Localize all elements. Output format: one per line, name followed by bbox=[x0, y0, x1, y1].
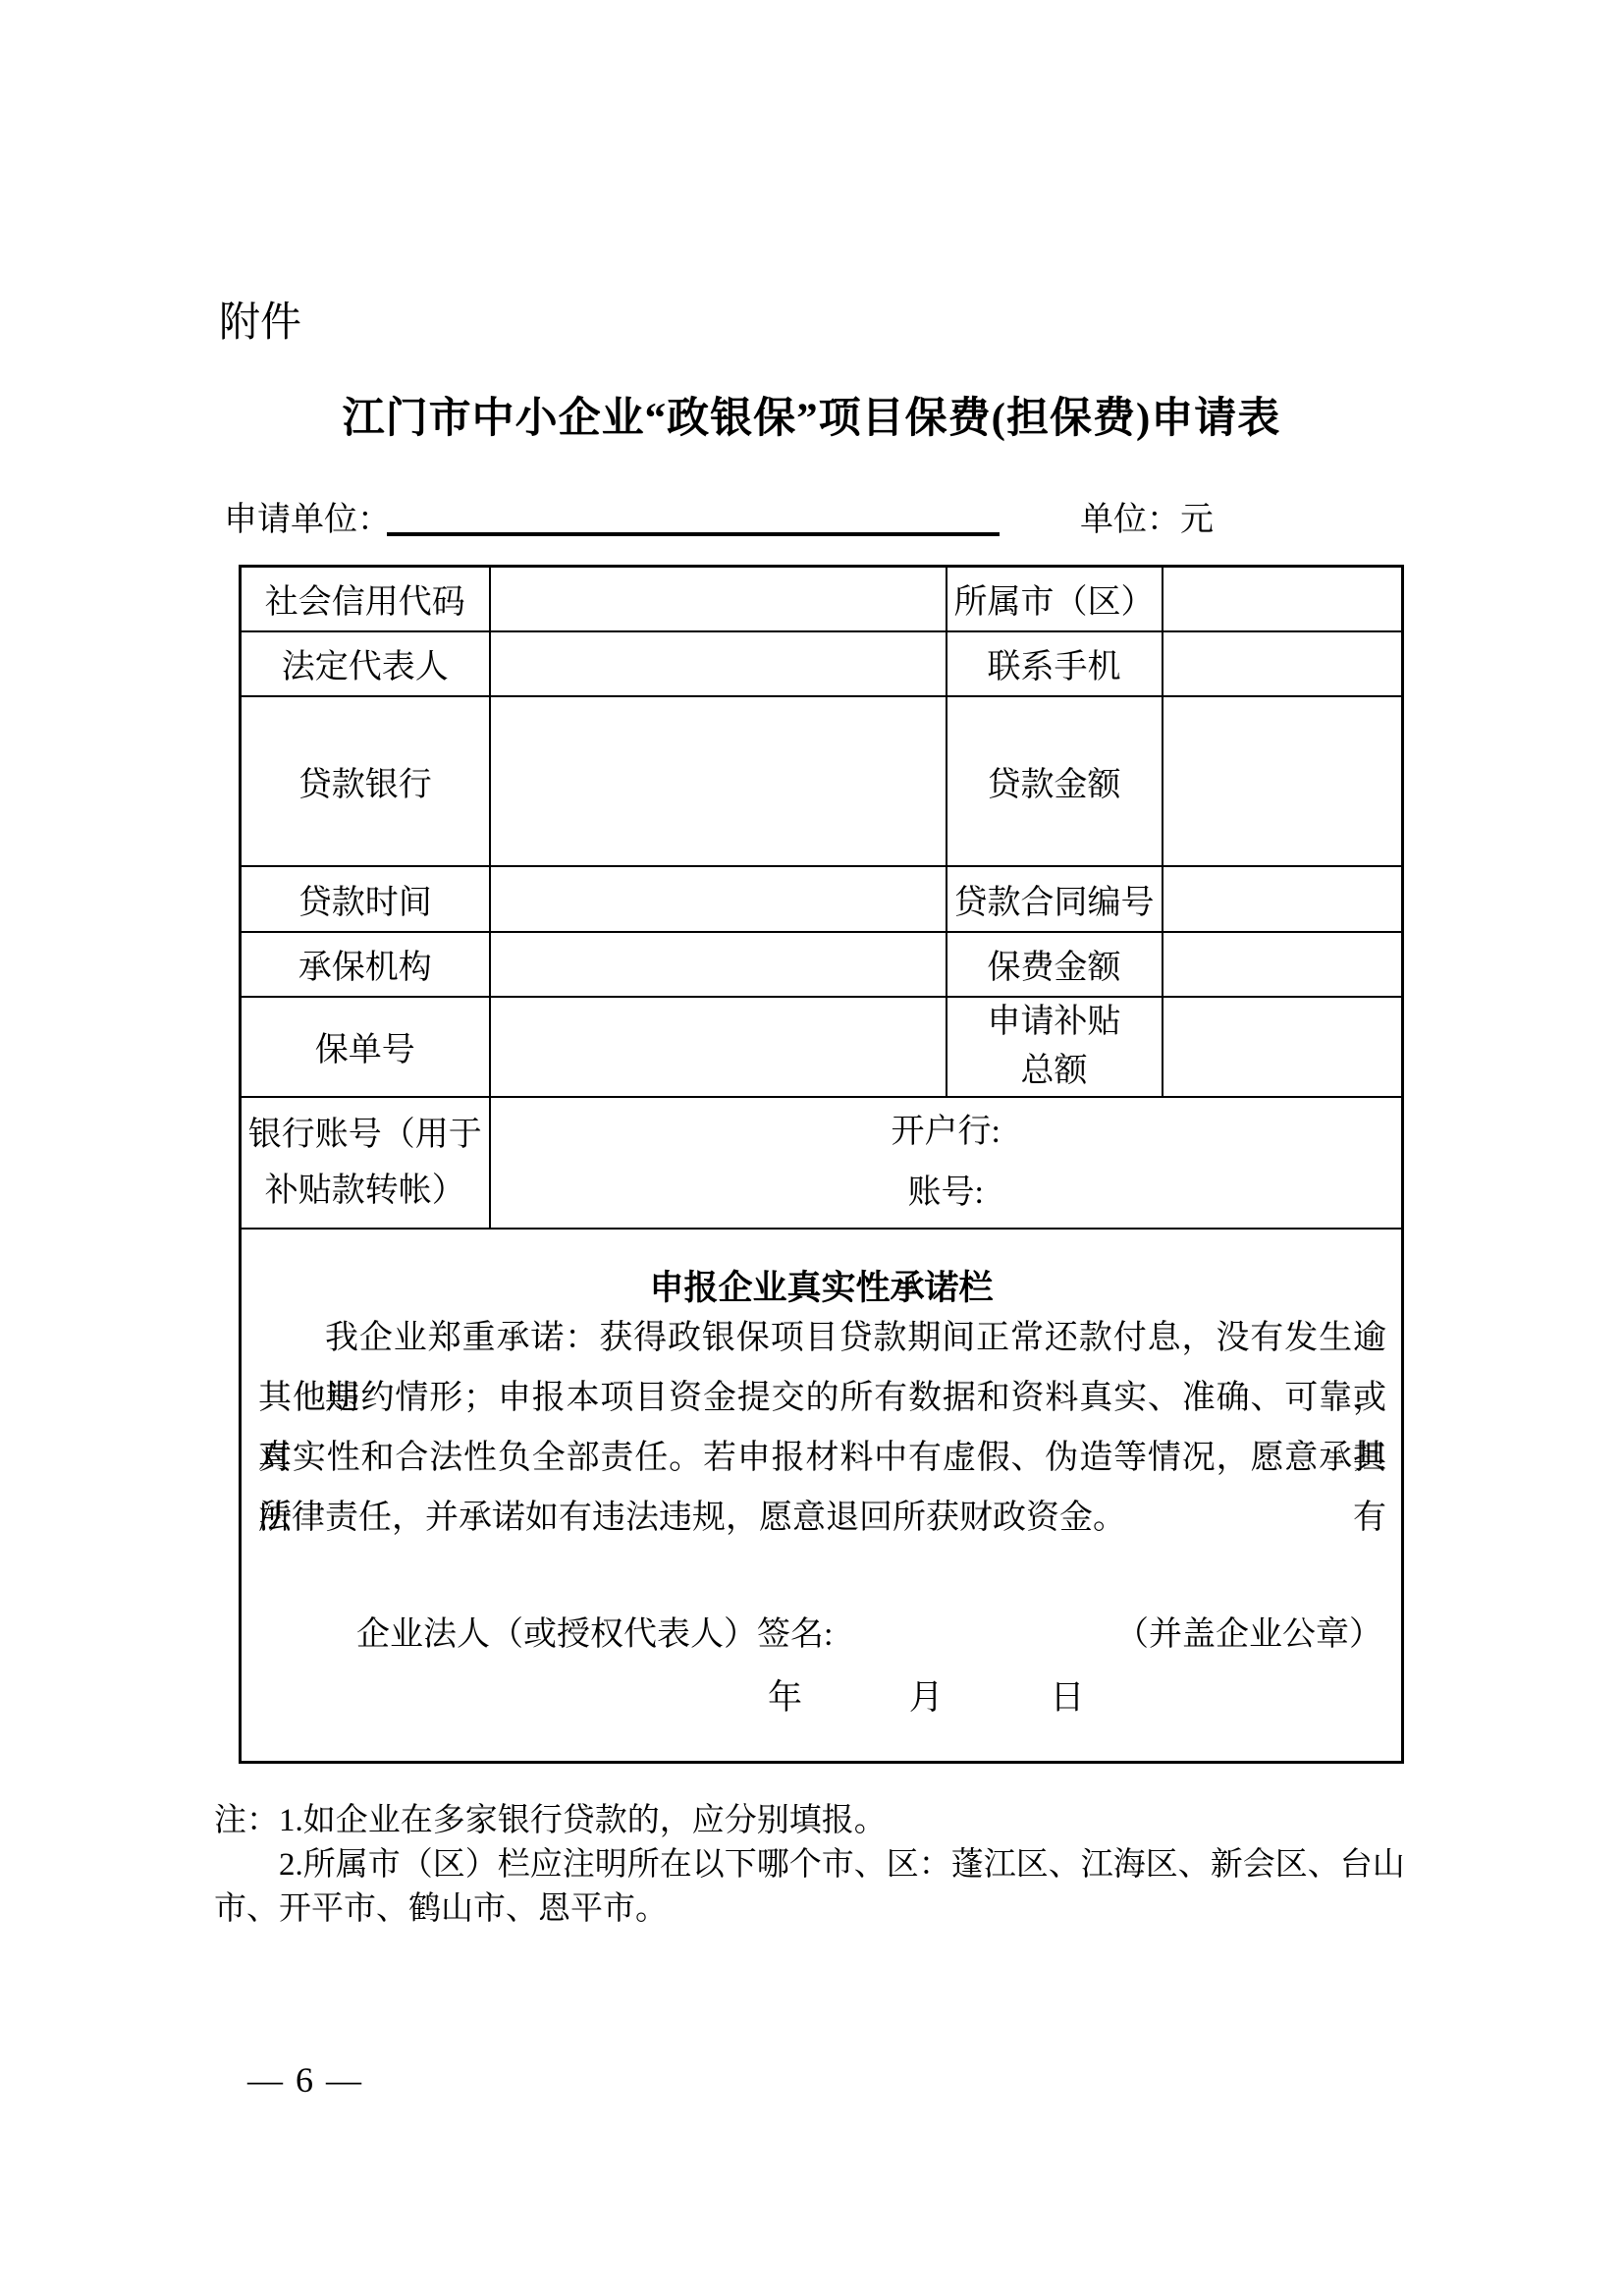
table-row-loan-time: 贷款时间 贷款合同编号 bbox=[241, 866, 1403, 932]
commitment-line-3: 真实性和合法性负全部责任。若申报材料中有虚假、伪造等情况，愿意承担所有 bbox=[258, 1428, 1386, 1488]
date-line: 年 月 日 bbox=[768, 1680, 1085, 1715]
table-row-insurer: 承保机构 保费金额 bbox=[241, 932, 1403, 997]
field-label-subsidy-total: 申请补贴 总额 bbox=[947, 997, 1163, 1097]
document-page: 附件 江门市中小企业“政银保”项目保费(担保费)申请表 申请单位： 单位：元 社… bbox=[0, 0, 1623, 2296]
field-value-insurer bbox=[490, 932, 947, 997]
table-row-commitment: 申报企业真实性承诺栏 我企业郑重承诺：获得政银保项目贷款期间正常还款付息，没有发… bbox=[241, 1229, 1403, 1763]
table-row-loan-bank: 贷款银行 贷款金额 bbox=[241, 696, 1403, 866]
field-label-legal-rep: 法定代表人 bbox=[241, 631, 490, 696]
field-value-policy-no bbox=[490, 997, 947, 1097]
field-value-premium-amount bbox=[1163, 932, 1403, 997]
field-label-loan-amount: 贷款金额 bbox=[947, 696, 1163, 866]
field-value-legal-rep bbox=[490, 631, 947, 696]
subsidy-total-line1: 申请补贴 bbox=[947, 998, 1162, 1047]
account-number-label: 账号: bbox=[491, 1163, 1402, 1224]
applicant-unit-label: 申请单位： bbox=[224, 492, 391, 540]
attachment-label: 附件 bbox=[219, 299, 301, 348]
document-title: 江门市中小企业“政银保”项目保费(担保费)申请表 bbox=[0, 385, 1623, 445]
field-label-mobile: 联系手机 bbox=[947, 631, 1163, 696]
commitment-block: 申报企业真实性承诺栏 我企业郑重承诺：获得政银保项目贷款期间正常还款付息，没有发… bbox=[242, 1230, 1401, 1761]
field-label-contract-no: 贷款合同编号 bbox=[947, 866, 1163, 932]
commitment-line-1: 我企业郑重承诺：获得政银保项目贷款期间正常还款付息，没有发生逾期或 bbox=[258, 1308, 1386, 1368]
field-label-loan-time: 贷款时间 bbox=[241, 866, 490, 932]
date-day-label: 日 bbox=[1051, 1678, 1085, 1717]
footnotes: 注：1.如企业在多家银行贷款的，应分别填报。 2.所属市（区）栏应注明所在以下哪… bbox=[214, 1799, 1481, 1932]
page-number: — 6 — bbox=[247, 2059, 363, 2101]
table-row-policy-no: 保单号 申请补贴 总额 bbox=[241, 997, 1403, 1097]
application-table: 社会信用代码 所属市（区） 法定代表人 联系手机 贷款银行 贷款金额 贷款时间 … bbox=[239, 565, 1404, 1764]
table-row-legal-rep: 法定代表人 联系手机 bbox=[241, 631, 1403, 696]
field-label-city-district: 所属市（区） bbox=[947, 567, 1163, 631]
field-label-loan-bank: 贷款银行 bbox=[241, 696, 490, 866]
field-value-loan-amount bbox=[1163, 696, 1403, 866]
signature-line: 企业法人（或授权代表人）签名: （并盖企业公章） bbox=[356, 1618, 1382, 1652]
subsidy-total-line2: 总额 bbox=[947, 1047, 1162, 1096]
currency-unit-label: 单位：元 bbox=[1080, 492, 1214, 540]
date-year-label: 年 bbox=[768, 1678, 802, 1717]
field-value-loan-time bbox=[490, 866, 947, 932]
field-value-loan-bank bbox=[490, 696, 947, 866]
table-row-credit-code: 社会信用代码 所属市（区） bbox=[241, 567, 1403, 631]
note-line-2: 2.所属市（区）栏应注明所在以下哪个市、区：蓬江区、江海区、新会区、台山 bbox=[214, 1843, 1481, 1887]
commitment-paragraph: 我企业郑重承诺：获得政银保项目贷款期间正常还款付息，没有发生逾期或 其他违约情形… bbox=[258, 1308, 1386, 1548]
field-value-city-district bbox=[1163, 567, 1403, 631]
field-value-credit-code bbox=[490, 567, 947, 631]
bank-account-label-line2: 补贴款转帐） bbox=[242, 1163, 489, 1219]
field-value-mobile bbox=[1163, 631, 1403, 696]
field-value-bank-account: 开户行: 账号: bbox=[490, 1097, 1403, 1229]
field-label-credit-code: 社会信用代码 bbox=[241, 567, 490, 631]
signature-label: 企业法人（或授权代表人）签名: bbox=[356, 1618, 833, 1652]
date-month-label: 月 bbox=[909, 1678, 944, 1717]
applicant-unit-underline bbox=[387, 532, 1000, 536]
field-label-bank-account: 银行账号（用于 补贴款转帐） bbox=[241, 1097, 490, 1229]
note-line-1: 注：1.如企业在多家银行贷款的，应分别填报。 bbox=[214, 1799, 1481, 1843]
seal-note: （并盖企业公章） bbox=[1115, 1618, 1382, 1652]
field-value-subsidy-total bbox=[1163, 997, 1403, 1097]
commitment-line-2: 其他违约情形；申报本项目资金提交的所有数据和资料真实、准确、可靠，对其 bbox=[258, 1368, 1386, 1428]
commitment-cell: 申报企业真实性承诺栏 我企业郑重承诺：获得政银保项目贷款期间正常还款付息，没有发… bbox=[241, 1229, 1403, 1763]
field-label-insurer: 承保机构 bbox=[241, 932, 490, 997]
field-label-premium-amount: 保费金额 bbox=[947, 932, 1163, 997]
note-line-3: 市、开平市、鹤山市、恩平市。 bbox=[214, 1887, 1481, 1932]
commitment-heading: 申报企业真实性承诺栏 bbox=[242, 1261, 1401, 1310]
field-value-contract-no bbox=[1163, 866, 1403, 932]
open-bank-label: 开户行: bbox=[491, 1102, 1402, 1163]
table-row-bank-account: 银行账号（用于 补贴款转帐） 开户行: 账号: bbox=[241, 1097, 1403, 1229]
bank-account-label-line1: 银行账号（用于 bbox=[242, 1107, 489, 1163]
field-label-policy-no: 保单号 bbox=[241, 997, 490, 1097]
